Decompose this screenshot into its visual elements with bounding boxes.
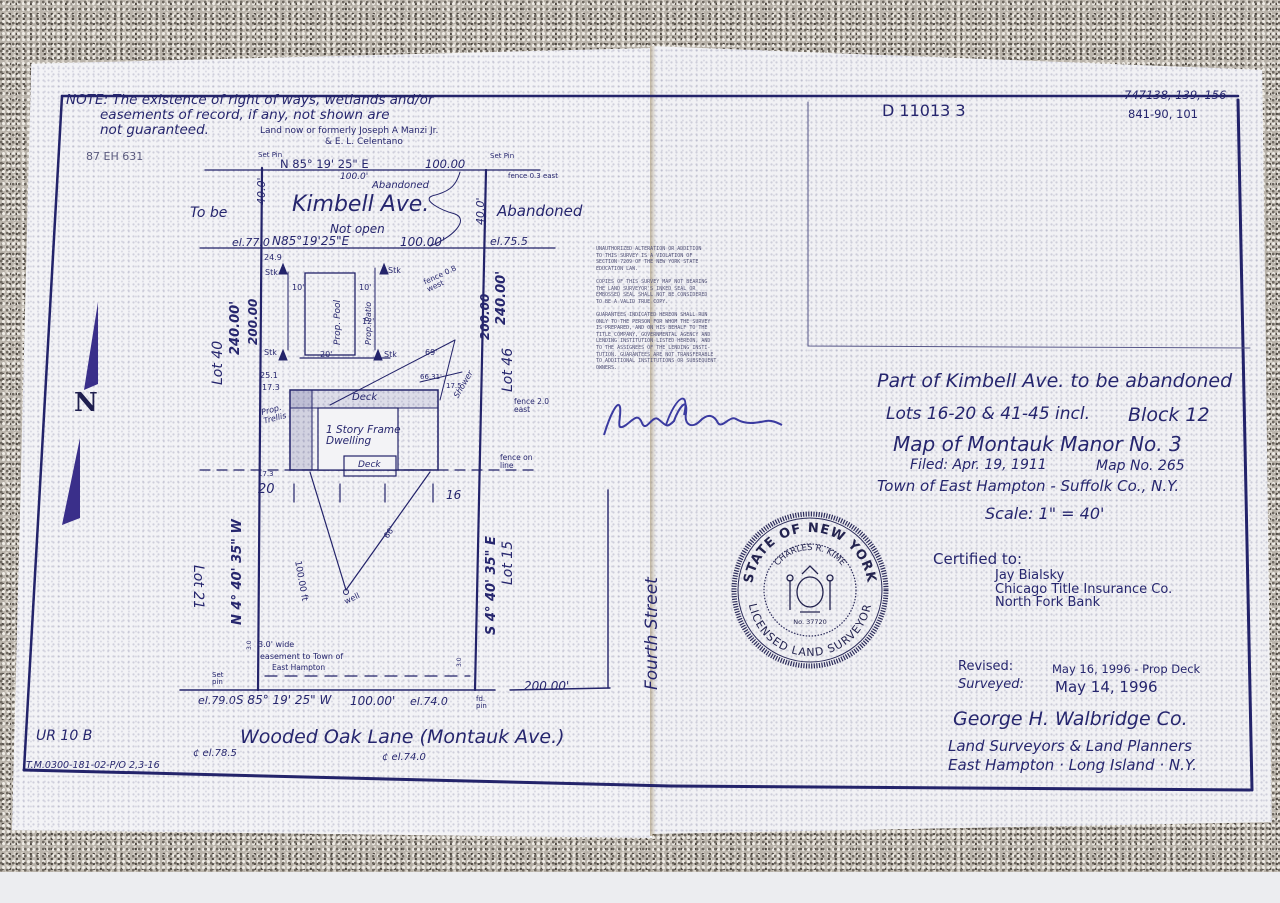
stake-label-ne: Stk [388, 266, 401, 275]
width-left: 40.0' [255, 177, 268, 205]
title-town: Town of East Hampton - Suffolk Co., N.Y. [877, 477, 1179, 495]
legal-notice-line [596, 305, 716, 312]
dim-10-west: 10' [292, 283, 304, 292]
certified-party: Jay Bialsky [995, 569, 1172, 583]
legal-notice-line: TO BE A VALID TRUE COPY. [596, 299, 716, 306]
dwelling-label: 1 Story Frame Dwelling [326, 425, 436, 447]
legal-notice-line: EDUCATION LAW. [596, 266, 716, 273]
adjoining-owner-line-1: Land now or formerly Joseph A Manzi Jr. [260, 126, 438, 137]
dim-12: 12' [362, 317, 374, 326]
note-line-3: not guaranteed. [66, 123, 209, 138]
surveyor-line-3: East Hampton · Long Island · N.Y. [948, 756, 1197, 774]
lot-46-label: Lot 46 [500, 348, 516, 392]
pool-label: Prop. Pool [333, 300, 343, 345]
legal-notice-line: EMBOSSED SEAL SHALL NOT BE CONSIDERED [596, 292, 716, 299]
el-south-left: el.79.0 [198, 694, 236, 707]
certified-parties: Jay Bialsky Chicago Title Insurance Co. … [995, 569, 1172, 610]
legal-notice-line: THE LAND SURVEYOR'S INKED SEAL OR [596, 286, 716, 293]
legal-notice-line: TO THIS SURVEY IS A VIOLATION OF [596, 253, 716, 260]
certified-label: Certified to: [933, 550, 1022, 568]
legal-notice-line: TUTION. GUARANTEES ARE NOT TRANSFERABLE [596, 352, 716, 359]
title-lots: Lots 16-20 & 41-45 incl. [886, 404, 1090, 424]
west-line-bearing: N 4° 40' 35" W [230, 519, 245, 625]
fourth-street-label: Fourth Street [642, 577, 662, 690]
kimbell-ave-label: Kimbell Ave. [292, 192, 429, 217]
lot-40-label: Lot 40 [210, 341, 226, 385]
west-line-inner: 200.00 [246, 299, 260, 345]
revised-value: May 16, 1996 - Prop Deck [1052, 662, 1200, 676]
to-be-label: To be [190, 205, 227, 221]
distance-to-fourth-street: 200.00' [524, 679, 569, 693]
dim-17-3-south: 17.3 [258, 470, 274, 478]
seal-name: CHARLES R. KIME [773, 543, 848, 568]
legal-notice-line: COPIES OF THIS SURVEY MAP NOT BEARING [596, 279, 716, 286]
liber-reference: 87 EH 631 [86, 150, 143, 163]
legal-notice-line: TITLE COMPANY, GOVERNMENTAL AGENCY AND [596, 332, 716, 339]
easement-line-3: East Hampton [272, 663, 325, 672]
certified-party: Chicago Title Insurance Co. [995, 583, 1172, 597]
el-south-right: el.74.0 [410, 695, 448, 708]
surveyed-value: May 14, 1996 [1055, 678, 1158, 696]
dim-69: 69' [425, 348, 437, 357]
surveyed-label: Surveyed: [958, 677, 1024, 692]
legal-notice-line: ONLY TO THE PERSON FOR WHOM THE SURVEY [596, 319, 716, 326]
dim-17-5: 17.5 [446, 382, 462, 390]
surveyor-line-2: Land Surveyors & Land Planners [948, 737, 1192, 755]
dim-24-9: 24.9 [264, 253, 282, 262]
title-scale: Scale: 1" = 40' [985, 504, 1104, 523]
stake-label-nw: Stk [265, 268, 278, 277]
adjoining-owner-line-2: & E. L. Celentano [260, 137, 438, 148]
file-number: D 11013 3 [882, 101, 966, 120]
note-line-1: NOTE: The existence of right of ways, we… [66, 93, 433, 108]
title-filed-date: Filed: Apr. 19, 1911 [910, 457, 1047, 473]
coat-of-arms-icon [787, 566, 833, 612]
svg-text:CHARLES R. KIME: CHARLES R. KIME [773, 543, 848, 568]
inner-distance: 100.0' [340, 172, 368, 182]
fence-note-kimbell: fence 0.3 east [508, 172, 558, 180]
abandoned-right: Abandoned [497, 202, 582, 220]
legal-notice-line: SECTION 7209 OF THE NEW YORK STATE [596, 259, 716, 266]
title-map-number: Map No. 265 [1096, 458, 1185, 474]
deck-front-label: Deck [358, 460, 381, 470]
north-bearing: N 85° 19' 25" E [280, 157, 369, 171]
south-bearing: S 85° 19' 25" W [236, 693, 331, 707]
dim-10-east: 10' [359, 283, 371, 292]
easement-width: 3.0' wide [258, 640, 294, 649]
title-map-name: Map of Montauk Manor No. 3 [893, 432, 1182, 456]
surveyor-company: George H. Walbridge Co. [953, 708, 1188, 730]
el-street-left: ¢ el.78.5 [193, 748, 237, 759]
deck-rear-label: Deck [352, 392, 377, 403]
dim-20: 20' [320, 350, 332, 359]
legal-notice-line: IS PREPARED, AND ON HIS BEHALF TO THE [596, 325, 716, 332]
set-pin-south: Set pin [212, 672, 234, 686]
found-pin: fd. pin [476, 696, 496, 710]
legal-notice-line: TO THE ASSIGNEES OF THE LENDING INSTI- [596, 345, 716, 352]
revised-label: Revised: [958, 659, 1013, 674]
surveyor-signature [596, 385, 796, 445]
legal-notice-line: GUARANTEES INDICATED HEREON SHALL RUN [596, 312, 716, 319]
note-line-2: easements of record, if any, not shown a… [66, 108, 433, 123]
legal-notice-line: TO ADDITIONAL INSTITUTIONS OR SUBSEQUENT [596, 358, 716, 365]
east-line-inner: 200.00 [478, 294, 492, 340]
dim-66-31: 66.31' [420, 373, 442, 381]
title-line-1: Part of Kimbell Ave. to be abandoned [877, 370, 1232, 392]
north-distance: 100.00 [425, 157, 465, 171]
east-line-bearing: S 4° 40' 35" E [484, 536, 499, 635]
dim-25-1: 25.1 [260, 371, 278, 380]
stake-label-se: Stk [384, 350, 397, 359]
south-distance: 100.00' [350, 694, 395, 708]
dim-17-3: 17.3 [262, 383, 280, 392]
set-pin-left: Set Pin [258, 152, 282, 159]
title-block-number: Block 12 [1128, 404, 1210, 426]
set-pin-right: Set Pin [490, 152, 514, 160]
south-bearing-kimbell: N85°19'25"E [272, 234, 349, 248]
seal-license-number: No. 37720 [793, 618, 827, 626]
legal-notice-line [596, 272, 716, 279]
legal-notice: UNAUTHORIZED ALTERATION OR ADDITIONTO TH… [596, 246, 716, 371]
el-street-right: ¢ el.74.0 [382, 752, 426, 763]
el-right-kimbell: el.75.5 [490, 235, 528, 248]
certified-party: North Fork Bank [995, 596, 1172, 610]
north-arrow-label: N [74, 388, 98, 418]
west-line-outer: 240.00' [228, 301, 243, 355]
lot-21-label: Lot 21 [190, 565, 206, 609]
legal-notice-line: UNAUTHORIZED ALTERATION OR ADDITION [596, 246, 716, 253]
surveyor-seal: STATE OF NEW YORK LICENSED LAND SURVEYOR… [730, 510, 890, 670]
south-distance-kimbell: 100.00' [400, 235, 445, 249]
adjoining-owner: Land now or formerly Joseph A Manzi Jr. … [260, 126, 438, 148]
lot-number-20: 20 [258, 482, 275, 497]
zone-label: UR 10 B [36, 728, 92, 744]
lot-15-label: Lot 15 [500, 541, 516, 585]
fence-east-note: fence 2.0 east [514, 398, 554, 414]
fence-on-line-note: fence on line [500, 454, 540, 470]
el-left-kimbell: el.77.0 [232, 236, 270, 249]
ref-numbers-line-2: 841-90, 101 [1128, 107, 1198, 121]
ref-numbers-line-1: 747138, 139, 156 [1124, 88, 1226, 102]
legal-notice-line: LENDING INSTITUTION LISTED HEREON, AND [596, 338, 716, 345]
wooded-oak-lane-label: Wooded Oak Lane (Montauk Ave.) [240, 726, 565, 748]
east-line-outer: 240.00' [494, 271, 509, 325]
easement-line-2: easement to Town of [260, 652, 343, 661]
tax-map-number: T.M.0300-181-02-P/O 2,3-16 [26, 760, 160, 771]
width-right: 40.0' [474, 197, 487, 225]
offset-left: 3.0 [246, 640, 253, 650]
stake-label-sw: Stk [264, 348, 277, 357]
offset-right: 3.0 [456, 657, 463, 667]
lot-number-16: 16 [446, 488, 461, 502]
legal-notice-line: OWNERS. [596, 365, 716, 372]
abandoned-top: Abandoned [372, 180, 429, 191]
